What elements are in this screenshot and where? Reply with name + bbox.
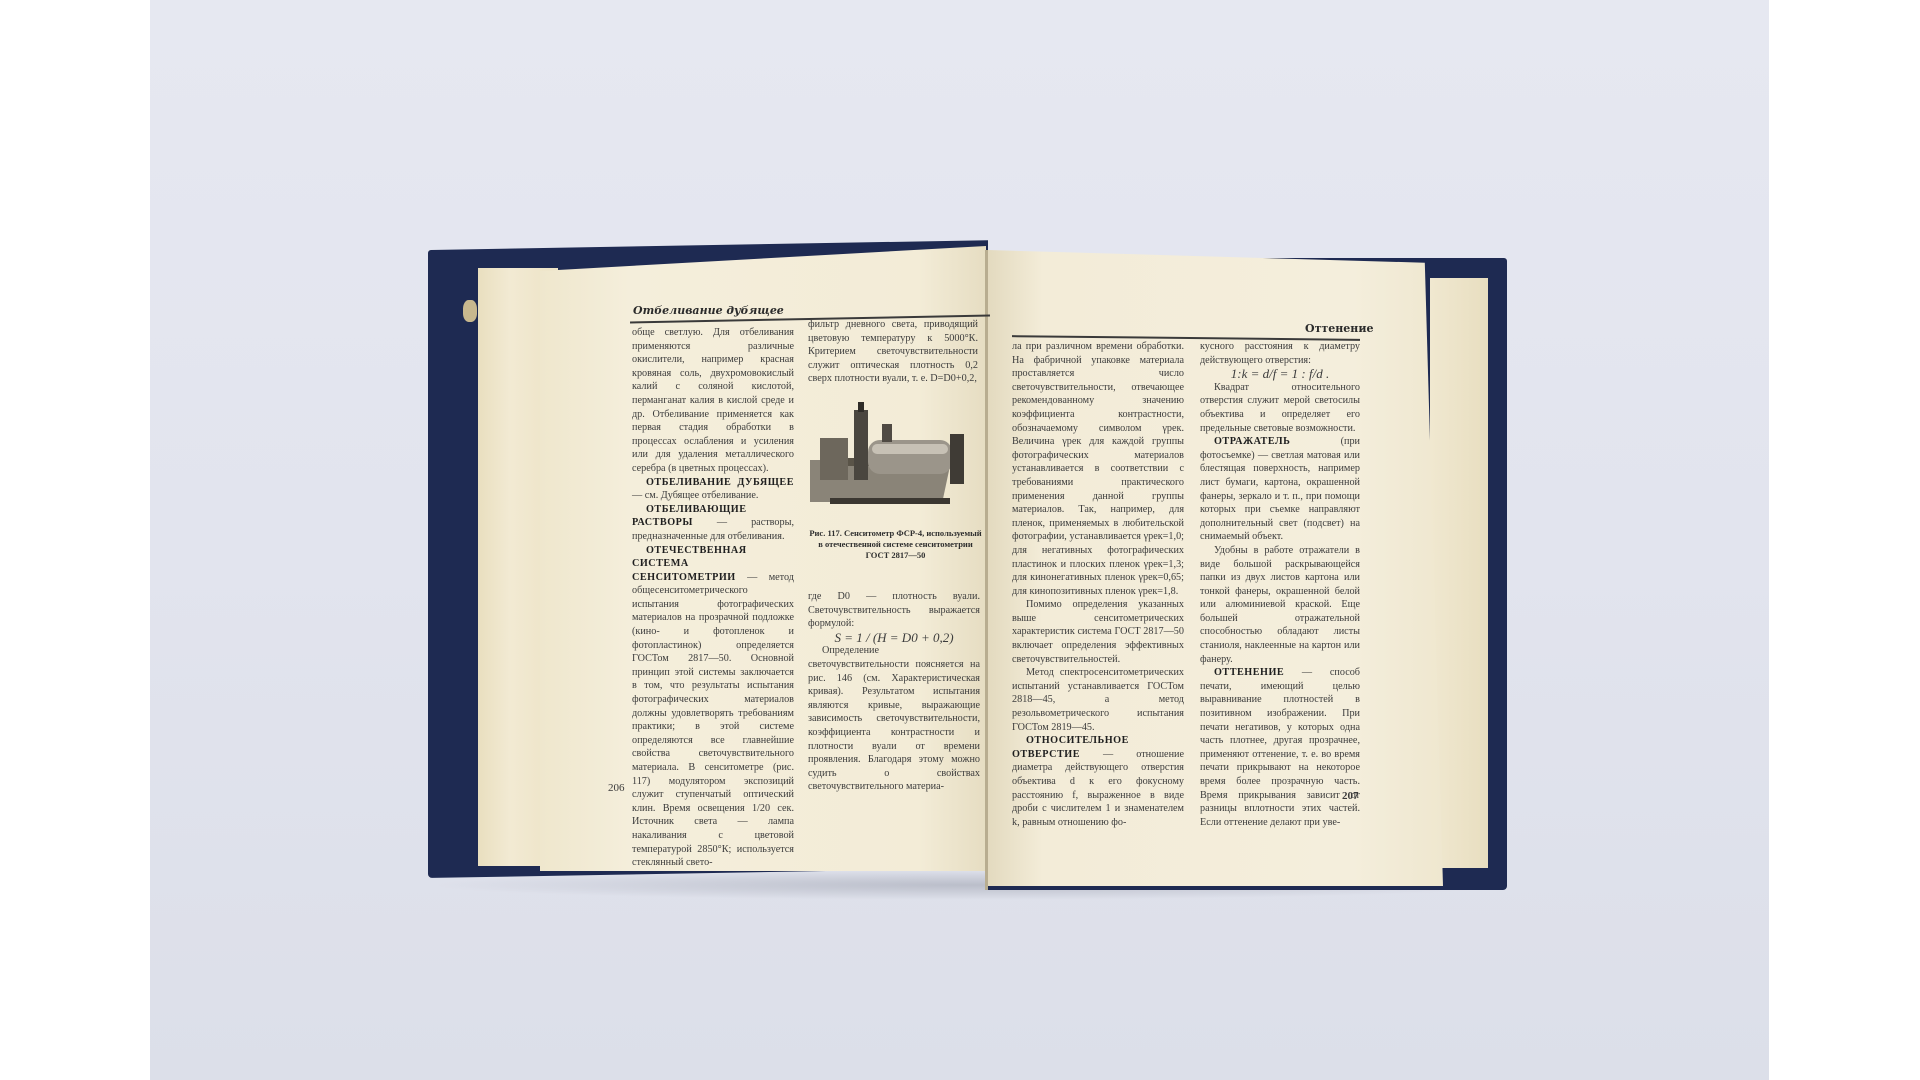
entry-text: (при фотосъемке) — светлая матовая или б… bbox=[1200, 436, 1360, 542]
entry-term: ОТРАЖАТЕЛЬ bbox=[1214, 436, 1290, 447]
entry-text: — см. Дубящее отбеливание. bbox=[632, 490, 758, 501]
dictionary-entry: ОТБЕЛИВАЮЩИЕ РАСТВОРЫ — растворы, предна… bbox=[632, 503, 794, 544]
entry-term: ОТБЕЛИВАНИЕ ДУБЯЩЕЕ bbox=[646, 477, 794, 488]
entry-term: ОТЕЧЕСТВЕННАЯ СИСТЕМА СЕНСИТОМЕТРИИ bbox=[632, 545, 747, 583]
sensitometer-illustration bbox=[810, 400, 975, 525]
right-column-1: ла при различном времени обработки. На ф… bbox=[1012, 340, 1184, 829]
dictionary-entry: ОТНОСИТЕЛЬНОЕ ОТВЕРСТИЕ — отношение диам… bbox=[1012, 734, 1184, 829]
page-number-left: 206 bbox=[608, 782, 625, 794]
entry-term: ОТТЕНЕНИЕ bbox=[1214, 667, 1284, 678]
running-head-left: Отбеливание дубящее bbox=[633, 304, 784, 317]
text-paragraph: Удобны в работе отражатели в виде большо… bbox=[1200, 544, 1360, 666]
entry-text: — метод общесенситометрического испытани… bbox=[632, 572, 794, 868]
entry-text: — способ печати, имеющий целью выравнива… bbox=[1200, 667, 1360, 828]
left-column-2-top: фильтр дневного света, приводящий цветов… bbox=[808, 318, 978, 386]
text-paragraph: где D0 — плотность вуали. Светочувствите… bbox=[808, 590, 980, 631]
dictionary-entry: ОТЕЧЕСТВЕННАЯ СИСТЕМА СЕНСИТОМЕТРИИ — ме… bbox=[632, 544, 794, 870]
text-paragraph: Помимо определения указанных выше сенсит… bbox=[1012, 598, 1184, 666]
text-paragraph: Метод спектросенситометрических испытани… bbox=[1012, 666, 1184, 734]
book-gutter bbox=[985, 250, 988, 890]
running-head-right: Оттенение bbox=[1305, 322, 1373, 335]
page-number-right: 207 bbox=[1342, 790, 1359, 802]
dictionary-entry: ОТБЕЛИВАНИЕ ДУБЯЩЕЕ — см. Дубящее отбели… bbox=[632, 476, 794, 503]
text-paragraph: Квадрат относительного отверстия служит … bbox=[1200, 381, 1360, 435]
text-paragraph: кусного расстояния к диаметру действующе… bbox=[1200, 340, 1360, 367]
entry-text: — отношение диаметра действующего отверс… bbox=[1012, 749, 1184, 828]
sensitivity-formula: S = 1 / (H = D0 + 0,2) bbox=[808, 631, 980, 645]
figure-caption: Рис. 117. Сенситометр ФСР-4, используемы… bbox=[808, 528, 983, 561]
text-paragraph: фильтр дневного света, приводящий цветов… bbox=[808, 318, 978, 386]
dictionary-entry: ОТРАЖАТЕЛЬ (при фотосъемке) — светлая ма… bbox=[1200, 435, 1360, 544]
dictionary-entry: ОТТЕНЕНИЕ — способ печати, имеющий целью… bbox=[1200, 666, 1360, 829]
right-column-2: кусного расстояния к диаметру действующе… bbox=[1200, 340, 1360, 829]
left-column-1: обще светлую. Для отбеливания применяютс… bbox=[632, 326, 794, 870]
aperture-formula: 1:k = d/f = 1 : f/d . bbox=[1200, 367, 1360, 381]
cover-wear-mark bbox=[463, 300, 477, 322]
text-paragraph: Определение светочувствительности поясня… bbox=[808, 644, 980, 794]
left-column-2-bottom: где D0 — плотность вуали. Светочувствите… bbox=[808, 590, 980, 794]
text-paragraph: ла при различном времени обработки. На ф… bbox=[1012, 340, 1184, 598]
text-paragraph: обще светлую. Для отбеливания применяютс… bbox=[632, 326, 794, 476]
